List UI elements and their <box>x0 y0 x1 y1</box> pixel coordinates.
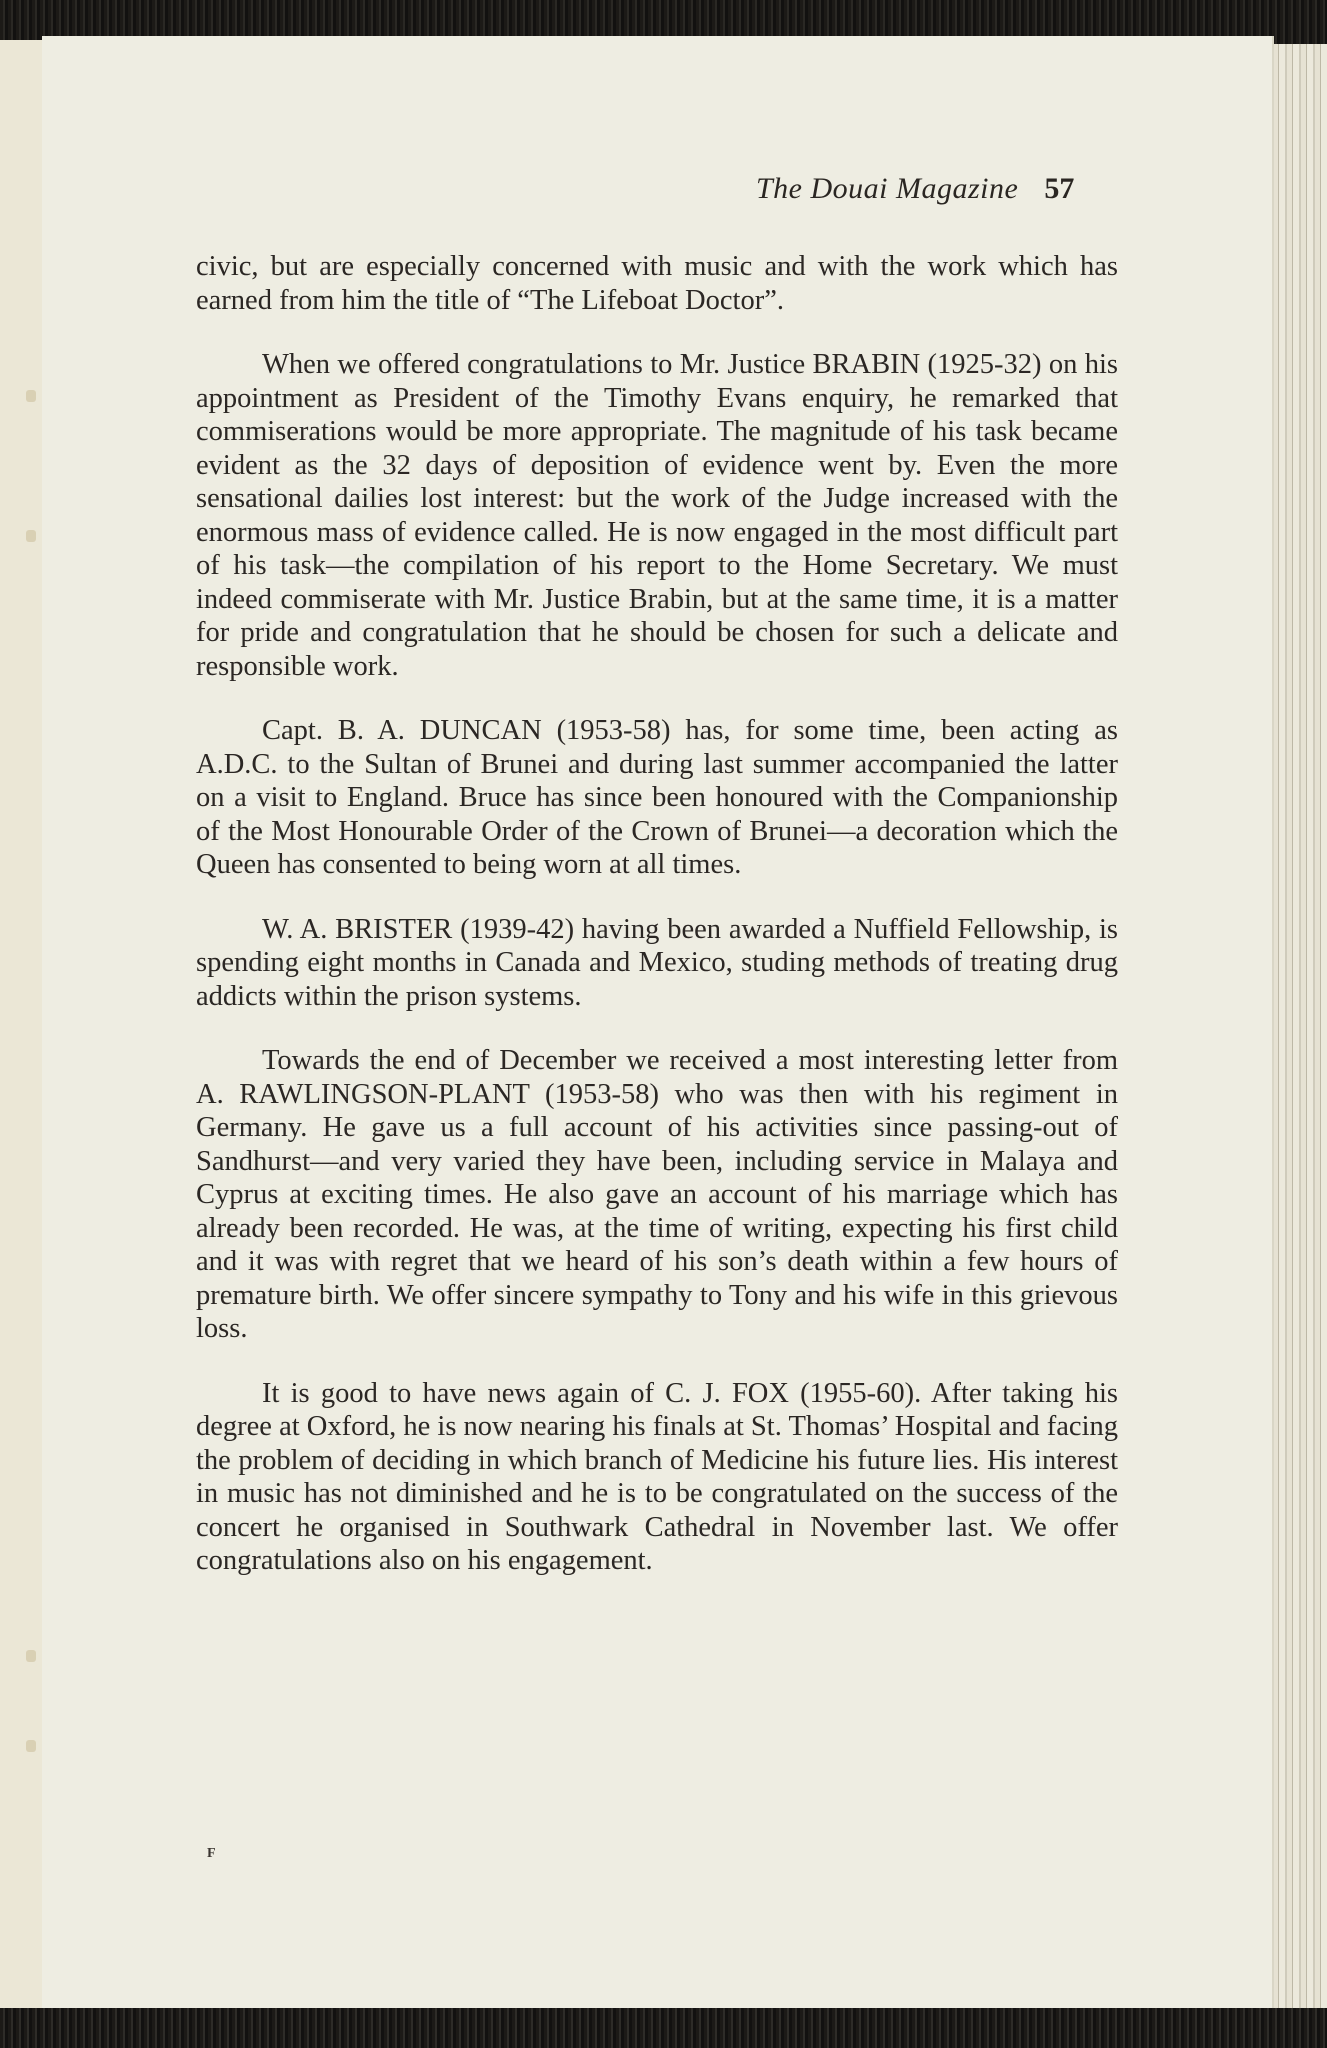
page-number: 57 <box>1044 172 1074 205</box>
page-mark <box>26 390 36 402</box>
running-head: The Douai Magazine57 <box>756 172 1074 212</box>
paragraph-duncan: Capt. B. A. DUNCAN (1953-58) has, for so… <box>196 714 1118 882</box>
magazine-title: The Douai Magazine <box>756 172 1018 205</box>
paragraph-brabin: When we offered congratulations to Mr. J… <box>196 348 1118 683</box>
page-mark <box>26 1650 36 1662</box>
paragraph-brister: W. A. BRISTER (1939-42) having been awar… <box>196 913 1118 1014</box>
paragraph-lifeboat-doctor: civic, but are especially concerned with… <box>196 250 1118 317</box>
page-stack-edge <box>1265 44 1327 2014</box>
page-mark <box>26 1740 36 1752</box>
signature-mark: F <box>207 1846 217 1862</box>
page-mark <box>26 530 36 542</box>
previous-page-edge <box>0 40 44 2015</box>
paragraph-fox: It is good to have news again of C. J. F… <box>196 1377 1118 1578</box>
book-cover-bottom <box>0 2008 1327 2048</box>
paragraph-rawlingson-plant: Towards the end of December we received … <box>196 1044 1118 1346</box>
body-text: civic, but are especially concerned with… <box>196 250 1118 1609</box>
